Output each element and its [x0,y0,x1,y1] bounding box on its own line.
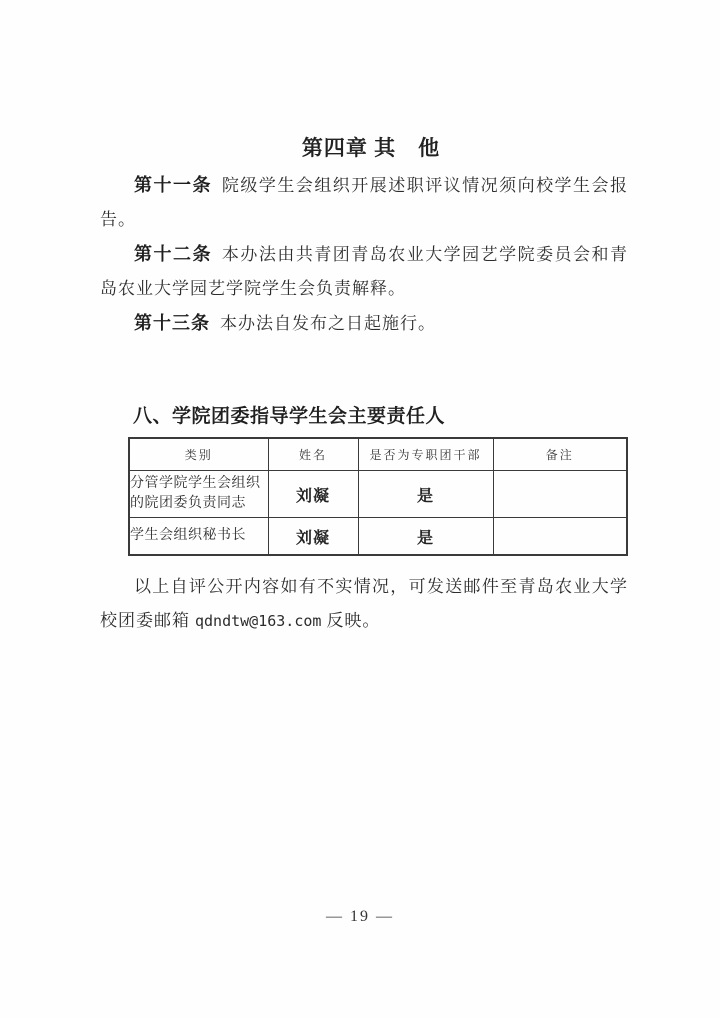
table-row: 学生会组织秘书长 刘凝 是 [129,518,627,556]
cell-fulltime-cadre: 是 [358,518,493,556]
article-12-paragraph: 第十二条本办法由共青团青岛农业大学园艺学院委员会和青岛农业大学园艺学院学生会负责… [100,237,628,306]
closing-paragraph: 以上自评公开内容如有不实情况，可发送邮件至青岛农业大学校团委邮箱qdndtw@1… [100,570,628,638]
article-11-paragraph: 第十一条院级学生会组织开展述职评议情况须向校学生会报告。 [100,168,628,237]
section-heading: 八、学院团委指导学生会主要责任人 [100,401,628,428]
article-13-paragraph: 第十三条本办法自发布之日起施行。 [100,306,628,341]
cell-fulltime-cadre: 是 [358,471,493,518]
chapter-heading: 第四章 其 他 [100,132,628,162]
closing-text-tail: 反映。 [326,611,380,630]
table-header-row: 类别 姓名 是否为专职团干部 备注 [129,438,627,471]
article-11-number: 第十一条 [134,175,212,195]
column-header-category: 类别 [129,438,268,471]
cell-category: 分管学院学生会组织的院团委负责同志 [129,471,268,518]
column-header-name: 姓名 [268,438,358,471]
column-header-remarks: 备注 [493,438,627,471]
table-row: 分管学院学生会组织的院团委负责同志 刘凝 是 [129,471,627,518]
cell-category: 学生会组织秘书长 [129,518,268,556]
document-page: 第四章 其 他 第十一条院级学生会组织开展述职评议情况须向校学生会报告。 第十二… [0,0,720,1018]
email-address: qdndtw@163.com [195,612,321,630]
page-content: 第四章 其 他 第十一条院级学生会组织开展述职评议情况须向校学生会报告。 第十二… [0,0,720,638]
page-number: — 19 — [0,908,720,926]
cell-name: 刘凝 [268,471,358,518]
cell-remarks [493,471,627,518]
cell-name: 刘凝 [268,518,358,556]
article-13-text: 本办法自发布之日起施行。 [220,314,436,333]
cell-remarks [493,518,627,556]
responsible-persons-table: 类别 姓名 是否为专职团干部 备注 分管学院学生会组织的院团委负责同志 刘凝 是… [128,437,628,556]
article-13-number: 第十三条 [134,313,210,333]
column-header-fulltime-cadre: 是否为专职团干部 [358,438,493,471]
article-12-number: 第十二条 [134,244,212,264]
